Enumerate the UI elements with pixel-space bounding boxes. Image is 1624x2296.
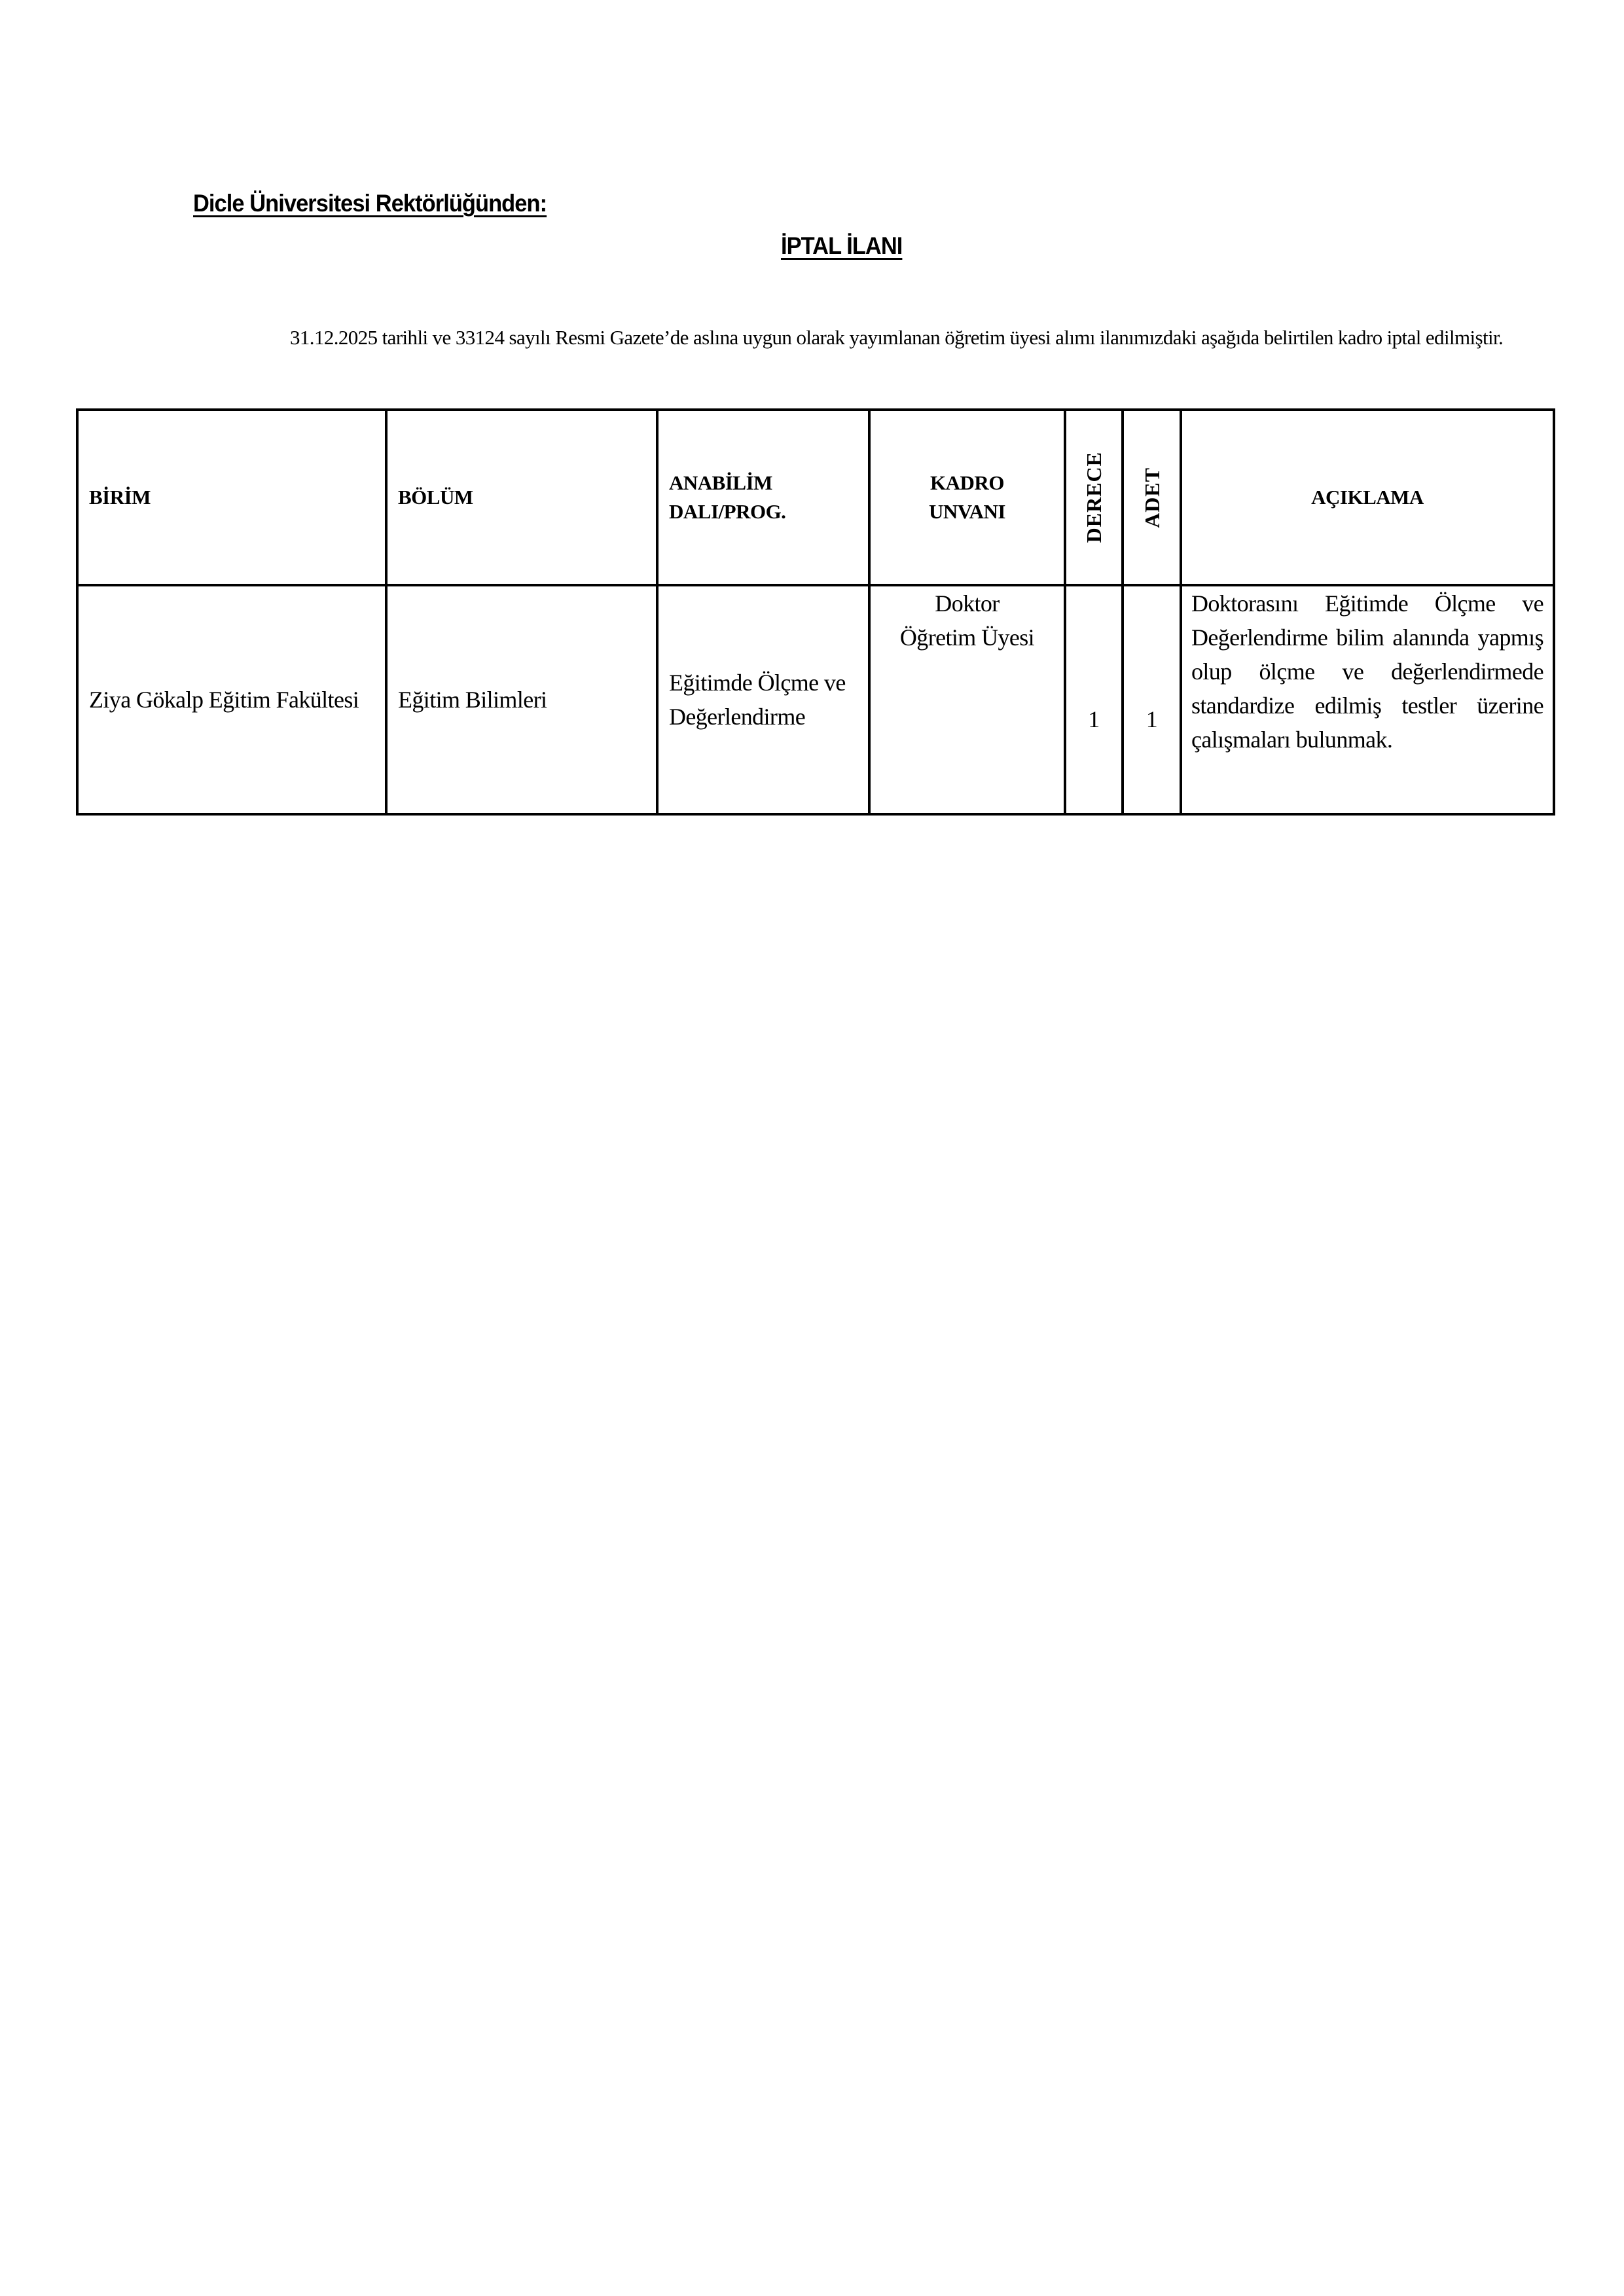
cell-derece: 1: [1065, 585, 1123, 814]
issuer-heading: Dicle Üniversitesi Rektörlüğünden:: [193, 190, 547, 217]
header-adet-label: ADET: [1138, 467, 1166, 528]
table-header-row: BİRİM BÖLÜM ANABİLİM DALI/PROG. KADRO UN…: [77, 410, 1554, 585]
header-derece-label: DERECE: [1079, 452, 1108, 543]
header-anabilim-dali: ANABİLİM DALI/PROG.: [657, 410, 869, 585]
cell-anabilim-dali: Eğitimde Ölçme ve Değerlendirme: [657, 585, 869, 814]
cell-kadro-unvani-line1: Doktor: [871, 586, 1064, 620]
header-kadro-line1: KADRO: [871, 469, 1064, 497]
cancelled-positions-table: BİRİM BÖLÜM ANABİLİM DALI/PROG. KADRO UN…: [76, 408, 1555, 816]
cell-aciklama: Doktorasını Eğitimde Ölçme ve Değerlendi…: [1181, 585, 1554, 814]
header-birim: BİRİM: [77, 410, 386, 585]
header-adet: ADET: [1123, 410, 1181, 585]
cell-kadro-unvani: Doktor Öğretim Üyesi: [869, 585, 1065, 814]
cell-birim: Ziya Gökalp Eğitim Fakültesi: [77, 585, 386, 814]
cell-bolum: Eğitim Bilimleri: [386, 585, 657, 814]
header-derece: DERECE: [1065, 410, 1123, 585]
header-aciklama: AÇIKLAMA: [1181, 410, 1554, 585]
header-kadro-line2: UNVANI: [871, 497, 1064, 526]
header-kadro-unvani: KADRO UNVANI: [869, 410, 1065, 585]
header-bolum: BÖLÜM: [386, 410, 657, 585]
header-anabilim-line1: ANABİLİM: [669, 469, 868, 497]
intro-paragraph: 31.12.2025 tarihli ve 33124 sayılı Resmi…: [193, 321, 1515, 355]
notice-title: İPTAL İLANI: [781, 232, 902, 260]
cell-kadro-unvani-line2: Öğretim Üyesi: [871, 620, 1064, 655]
cell-adet: 1: [1123, 585, 1181, 814]
header-anabilim-line2: DALI/PROG.: [669, 497, 868, 526]
table-row: Ziya Gökalp Eğitim Fakültesi Eğitim Bili…: [77, 585, 1554, 814]
